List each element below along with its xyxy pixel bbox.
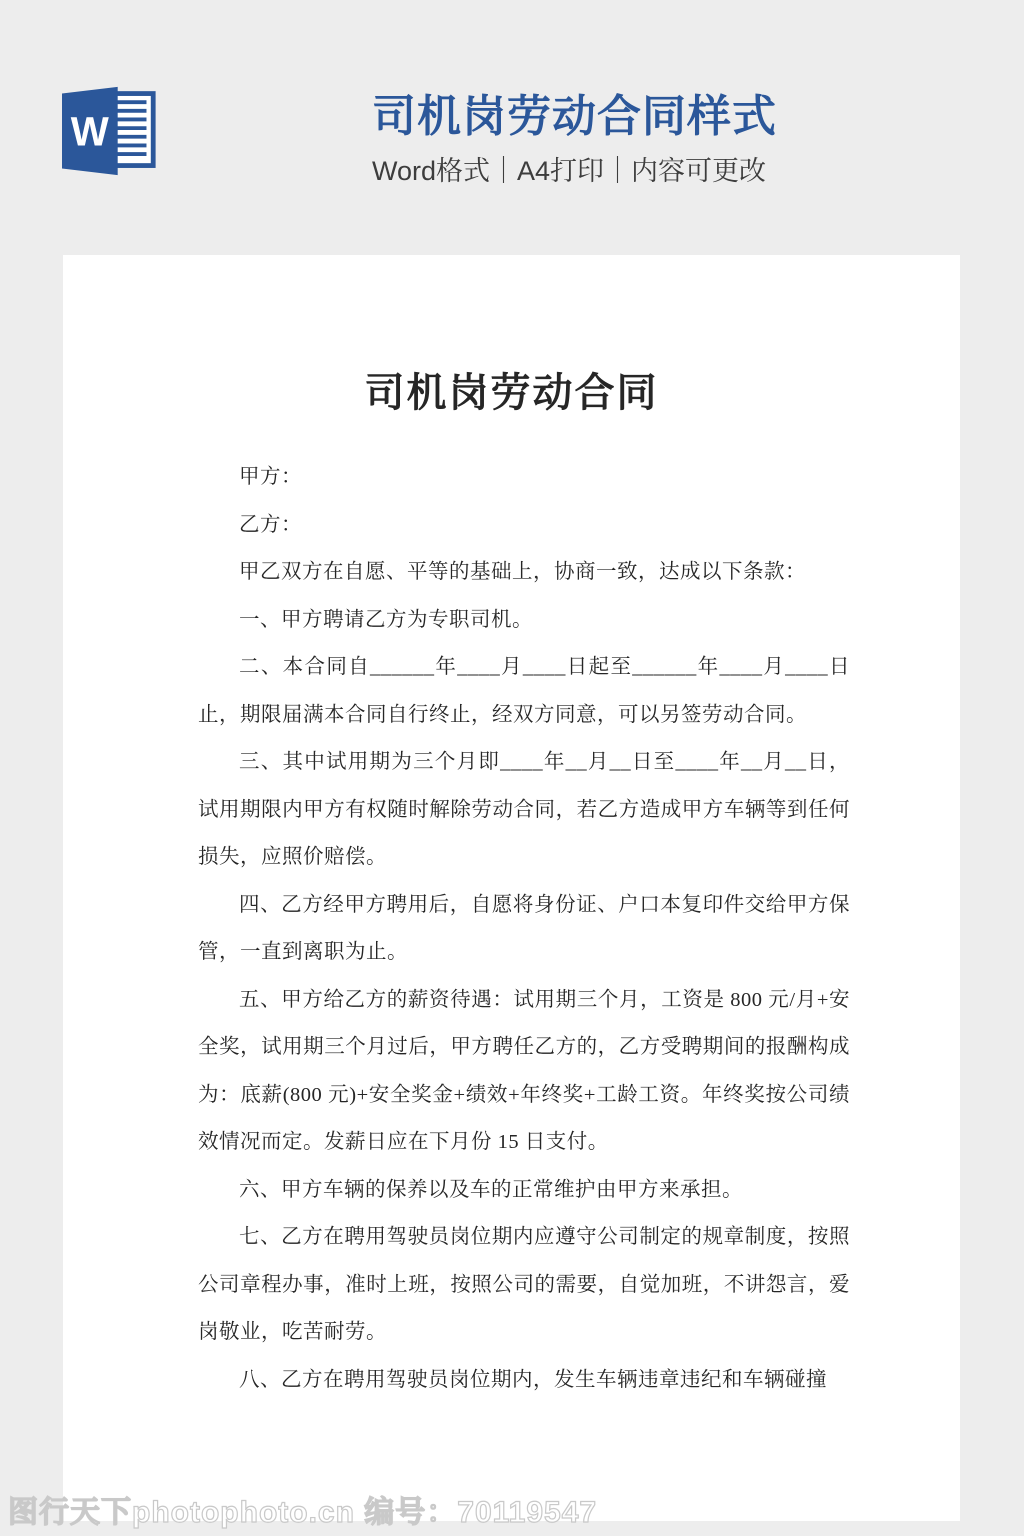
- contract-paragraph-party-b: 乙方：: [198, 502, 850, 550]
- contract-paragraph-clause-6: 六、甲方车辆的保养以及车的正常维护由甲方来承担。: [198, 1167, 850, 1215]
- contract-paragraph-party-a: 甲方：: [198, 454, 850, 502]
- contract-paragraph-clause-1: 一、甲方聘请乙方为专职司机。: [198, 597, 850, 645]
- contract-paragraph-clause-3: 三、其中试用期为三个月即____年__月__日至____年__月__日，试用期限…: [198, 739, 850, 882]
- document-page: 司机岗劳动合同 甲方： 乙方： 甲乙双方在自愿、平等的基础上，协商一致，达成以下…: [63, 255, 960, 1521]
- contract-paragraph-clause-4: 四、乙方经甲方聘用后，自愿将身份证、户口本复印件交给甲方保管，一直到离职为止。: [198, 882, 850, 977]
- header: W 司机岗劳动合同样式 Word格式｜A4打印｜内容可更改: [0, 0, 1024, 255]
- word-icon-letter: W: [71, 108, 110, 154]
- contract-paragraph-clause-5: 五、甲方给乙方的薪资待遇：试用期三个月，工资是 800 元/月+安全奖，试用期三…: [198, 977, 850, 1167]
- header-text-block: 司机岗劳动合同样式 Word格式｜A4打印｜内容可更改: [372, 92, 792, 187]
- watermark: 图行天下photophoto.cn 编号：70119547: [8, 1487, 597, 1531]
- contract-paragraph-clause-2: 二、本合同自______年____月____日起至______年____月___…: [198, 644, 850, 739]
- contract-paragraph-preamble: 甲乙双方在自愿、平等的基础上，协商一致，达成以下条款：: [198, 549, 850, 597]
- contract-paragraph-clause-8: 八、乙方在聘用驾驶员岗位期内，发生车辆违章违纪和车辆碰撞: [198, 1357, 850, 1405]
- template-title: 司机岗劳动合同样式: [372, 92, 792, 142]
- template-format-info: Word格式｜A4打印｜内容可更改: [372, 155, 792, 187]
- stage: W 司机岗劳动合同样式 Word格式｜A4打印｜内容可更改 司机岗劳动合同 甲方…: [0, 0, 1024, 1536]
- word-file-icon: W: [62, 86, 158, 176]
- contract-paragraph-clause-7: 七、乙方在聘用驾驶员岗位期内应遵守公司制定的规章制度，按照公司章程办事，准时上班…: [198, 1214, 850, 1357]
- document-body: 甲方： 乙方： 甲乙双方在自愿、平等的基础上，协商一致，达成以下条款： 一、甲方…: [63, 454, 960, 1404]
- document-title: 司机岗劳动合同: [63, 255, 960, 413]
